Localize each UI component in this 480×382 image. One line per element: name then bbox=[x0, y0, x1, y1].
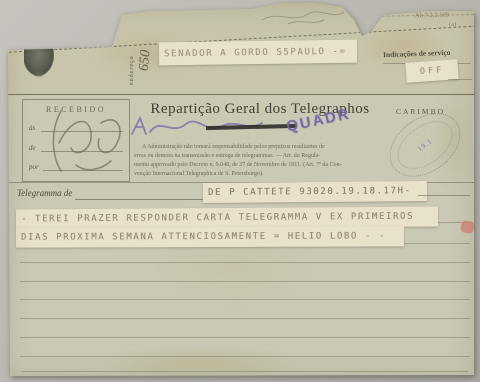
telegram-paper: endereço 650 SENADOR A GORDO S5PAULO -= … bbox=[0, 0, 480, 382]
form-reference-note: (a) bbox=[449, 21, 456, 28]
disclaimer-line: mento approvado pelo Decreto n. 9.048, d… bbox=[134, 161, 386, 170]
address-tape-text: SENADOR A GORDO S5PAULO -= bbox=[164, 46, 347, 59]
red-paper-fragment bbox=[460, 220, 475, 234]
form-reference: Ab 7.2.2.109 bbox=[415, 12, 449, 20]
ruled-line bbox=[20, 318, 470, 319]
service-underline-2 bbox=[448, 79, 472, 80]
address-vertical-label: endereço bbox=[129, 41, 135, 85]
message-line-1: - TEREI PRAZER RESPONDER CARTA TELEGRAMM… bbox=[21, 212, 414, 225]
message-line-2: DIAS PROXIMA SEMANA ATTENCIOSAMENTE = HE… bbox=[21, 231, 386, 242]
origin-tape: DE P CATTETE 93020.19.18.17H- bbox=[203, 181, 427, 203]
telegramma-line-right bbox=[418, 195, 470, 196]
disclaimer-line: venção Internacional Telegraphica de S. … bbox=[134, 170, 386, 179]
paper-wrap: endereço 650 SENADOR A GORDO S5PAULO -= … bbox=[0, 0, 480, 382]
embossed-seal-icon bbox=[24, 40, 54, 76]
telegramma-label: Telegramma de bbox=[17, 188, 72, 198]
paper-stain bbox=[90, 345, 310, 380]
ruled-line bbox=[20, 337, 470, 338]
ruled-line bbox=[22, 371, 468, 372]
ruled-line bbox=[20, 299, 470, 300]
service-tape-text: OFF bbox=[419, 65, 444, 77]
ruled-line bbox=[20, 356, 470, 357]
ruled-line bbox=[20, 262, 470, 263]
address-tape: SENADOR A GORDO S5PAULO -= bbox=[159, 40, 357, 66]
origin-tape-text: DE P CATTETE 93020.19.18.17H- bbox=[208, 186, 412, 198]
received-box: RECEBIDO ás de por bbox=[22, 99, 130, 182]
message-tape-2: DIAS PROXIMA SEMANA ATTENCIOSAMENTE = HE… bbox=[16, 226, 404, 247]
handwritten-scrawl bbox=[31, 103, 131, 178]
disclaimer-line: erros ou demora na transmissão e entrega… bbox=[134, 152, 386, 161]
disclaimer-text: A Administração não tomará responsabilid… bbox=[134, 143, 386, 179]
pencil-scribble bbox=[258, 2, 348, 28]
disclaimer-line: A Administração não tomará responsabilid… bbox=[134, 143, 386, 152]
ruled-line bbox=[20, 281, 470, 282]
postmark-stamp-icon: 19.1 bbox=[378, 100, 473, 190]
telegramma-blank-line bbox=[75, 199, 205, 200]
section-divider bbox=[8, 94, 474, 95]
handwritten-number: 650 bbox=[137, 38, 156, 71]
postmark-inner-ring bbox=[389, 111, 461, 178]
scanner-background: endereço 650 SENADOR A GORDO S5PAULO -= … bbox=[0, 0, 480, 382]
